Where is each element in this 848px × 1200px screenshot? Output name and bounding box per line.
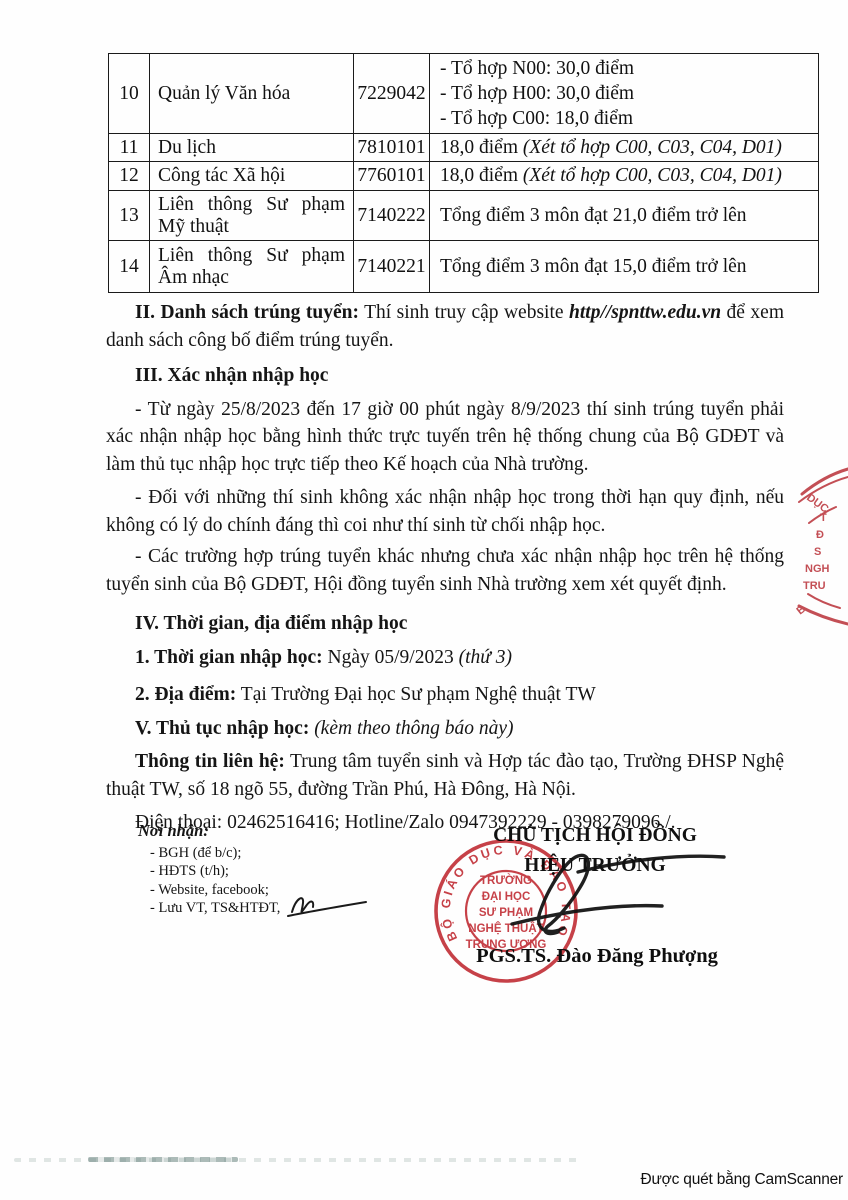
score-note: (Xét tổ hợp C00, C03, C04, D01) <box>523 137 782 158</box>
major-code: 7140221 <box>354 241 430 293</box>
recipient-item: - BGH (để b/c); <box>138 844 280 863</box>
recipients-title: Nơi nhận: <box>138 822 280 841</box>
section-ii-label: II. Danh sách trúng tuyển: <box>135 302 359 323</box>
edge-stamp-text: Đ <box>816 529 824 541</box>
criteria-line: - Tổ hợp N00: 30,0 điểm <box>440 56 808 81</box>
enrollment-place-label: 2. Địa điểm: <box>135 684 236 705</box>
score-text: 18,0 điểm <box>440 137 523 158</box>
major-name: Liên thông Sư phạm Mỹ thuật <box>150 191 354 241</box>
table-row: 11 Du lịch 7810101 18,0 điểm (Xét tổ hợp… <box>109 134 819 162</box>
major-code: 7760101 <box>354 162 430 191</box>
scanned-document-page: 10 Quản lý Văn hóa 7229042 - Tổ hợp N00:… <box>0 0 848 1200</box>
row-number: 12 <box>109 162 150 191</box>
admission-score-table: 10 Quản lý Văn hóa 7229042 - Tổ hợp N00:… <box>108 53 819 293</box>
edge-stamp-text: NGH <box>805 563 830 575</box>
row-number: 13 <box>109 191 150 241</box>
criteria-cell: 18,0 điểm (Xét tổ hợp C00, C03, C04, D01… <box>430 162 819 191</box>
document-body: II. Danh sách trúng tuyển: Thí sinh truy… <box>106 291 784 837</box>
camscanner-watermark: Được quét bằng CamScanner <box>640 1171 843 1189</box>
enrollment-place-value: Tại Trường Đại học Sư phạm Nghệ thuật TW <box>236 684 596 705</box>
recipients-block: Nơi nhận: - BGH (để b/c); - HĐTS (t/h); … <box>138 822 280 918</box>
enrollment-place-line: 2. Địa điểm: Tại Trường Đại học Sư phạm … <box>106 681 784 709</box>
section-iv-heading: IV. Thời gian, địa điểm nhập học <box>106 610 784 638</box>
section-v-label: V. Thủ tục nhập học: <box>135 718 309 739</box>
section-v-note: (kèm theo thông báo này) <box>309 718 513 739</box>
major-code: 7810101 <box>354 134 430 162</box>
major-name: Du lịch <box>150 134 354 162</box>
major-name: Liên thông Sư phạm Âm nhạc <box>150 241 354 293</box>
recipient-item: - Website, facebook; <box>138 881 280 900</box>
section-iii-paragraph-3: - Các trường hợp trúng tuyển khác nhưng … <box>106 543 784 598</box>
contact-paragraph: Thông tin liên hệ: Trung tâm tuyển sinh … <box>106 748 784 803</box>
enrollment-time-note: (thứ 3) <box>459 647 512 668</box>
major-name: Quản lý Văn hóa <box>150 54 354 134</box>
website-text: http//spnttw.edu.vn <box>569 302 721 323</box>
edge-stamp-text: TRU <box>803 580 826 592</box>
scan-smudge-segment <box>88 1157 238 1162</box>
enrollment-time-line: 1. Thời gian nhập học: Ngày 05/9/2023 (t… <box>106 644 784 672</box>
criteria-cell: Tổng điểm 3 môn đạt 15,0 điểm trở lên <box>430 241 819 293</box>
criteria-line: - Tổ hợp H00: 30,0 điểm <box>440 81 808 106</box>
major-code: 7140222 <box>354 191 430 241</box>
criteria-line: - Tổ hợp C00: 18,0 điểm <box>440 106 808 131</box>
row-number: 10 <box>109 54 150 134</box>
table-row: 12 Công tác Xã hội 7760101 18,0 điểm (Xé… <box>109 162 819 191</box>
row-number: 11 <box>109 134 150 162</box>
major-name: Công tác Xã hội <box>150 162 354 191</box>
edge-stamp-text: T <box>820 512 827 524</box>
recipient-item: - Lưu VT, TS&HTĐT, <box>138 899 280 918</box>
section-v-line: V. Thủ tục nhập học: (kèm theo thông báo… <box>106 715 784 743</box>
row-number: 14 <box>109 241 150 293</box>
section-iii-paragraph-2: - Đối với những thí sinh không xác nhận … <box>106 484 784 539</box>
clerk-initials-signature <box>286 890 370 920</box>
edge-stamp-text: S <box>814 546 821 558</box>
major-code: 7229042 <box>354 54 430 134</box>
score-note: (Xét tổ hợp C00, C03, C04, D01) <box>523 165 782 186</box>
section-iii-heading: III. Xác nhận nhập học <box>106 362 784 390</box>
criteria-cell: - Tổ hợp N00: 30,0 điểm - Tổ hợp H00: 30… <box>430 54 819 134</box>
rector-signature <box>460 842 730 947</box>
section-ii-text: Thí sinh truy cập website <box>359 302 569 323</box>
table-row: 14 Liên thông Sư phạm Âm nhạc 7140221 Tổ… <box>109 241 819 293</box>
table-row: 10 Quản lý Văn hóa 7229042 - Tổ hợp N00:… <box>109 54 819 134</box>
contact-label: Thông tin liên hệ: <box>135 751 285 772</box>
signer-name: PGS.TS. Đào Đăng Phượng <box>462 945 732 968</box>
section-iii-paragraph-1: - Từ ngày 25/8/2023 đến 17 giờ 00 phút n… <box>106 396 784 479</box>
enrollment-time-label: 1. Thời gian nhập học: <box>135 647 323 668</box>
enrollment-time-value: Ngày 05/9/2023 <box>323 647 459 668</box>
table-row: 13 Liên thông Sư phạm Mỹ thuật 7140222 T… <box>109 191 819 241</box>
recipient-item: - HĐTS (t/h); <box>138 862 280 881</box>
score-text: 18,0 điểm <box>440 165 523 186</box>
criteria-cell: 18,0 điểm (Xét tổ hợp C00, C03, C04, D01… <box>430 134 819 162</box>
section-ii-paragraph: II. Danh sách trúng tuyển: Thí sinh truy… <box>106 299 784 354</box>
edge-stamp-fragment: DỤC T Đ S NGH TRU B <box>796 466 848 630</box>
criteria-cell: Tổng điểm 3 môn đạt 21,0 điểm trở lên <box>430 191 819 241</box>
